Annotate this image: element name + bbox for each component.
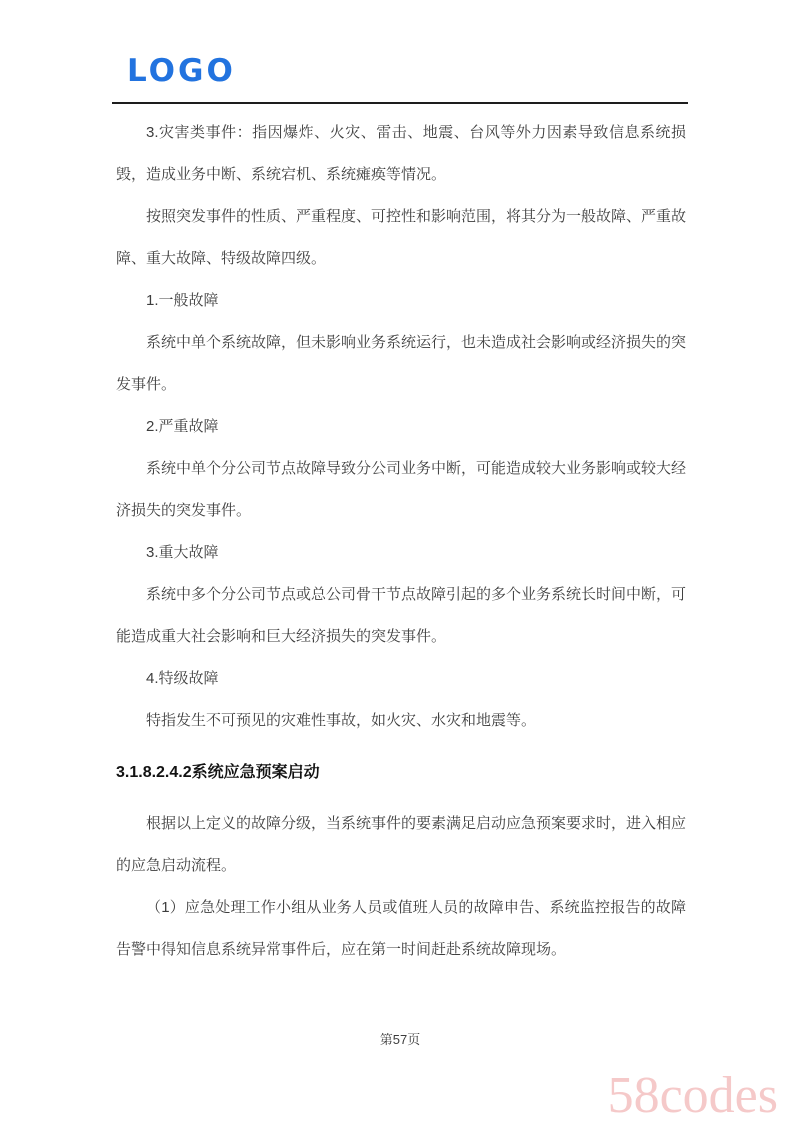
paragraph: 3.灾害类事件：指因爆炸、火灾、雷击、地震、台风等外力因素导致信息系统损毁，造成… — [116, 112, 686, 196]
paragraph: 3.重大故障 — [116, 532, 686, 574]
paragraph: 根据以上定义的故障分级，当系统事件的要素满足启动应急预案要求时，进入相应的应急启… — [116, 803, 686, 887]
watermark: 58codes — [608, 1070, 778, 1122]
paragraph: （1）应急处理工作小组从业务人员或值班人员的故障申告、系统监控报告的故障告警中得… — [116, 887, 686, 971]
paragraph: 系统中单个系统故障，但未影响业务系统运行，也未造成社会影响或经济损失的突发事件。 — [116, 322, 686, 406]
document-page: LOGO 3.灾害类事件：指因爆炸、火灾、雷击、地震、台风等外力因素导致信息系统… — [0, 0, 800, 1132]
page-number: 第57页 — [0, 1029, 800, 1048]
paragraph: 4.特级故障 — [116, 658, 686, 700]
section-heading: 3.1.8.2.4.2系统应急预案启动 — [116, 752, 686, 794]
paragraph: 系统中多个分公司节点或总公司骨干节点故障引起的多个业务系统长时间中断，可能造成重… — [116, 574, 686, 658]
paragraph: 系统中单个分公司节点故障导致分公司业务中断，可能造成较大业务影响或较大经济损失的… — [116, 448, 686, 532]
paragraph: 2.严重故障 — [116, 406, 686, 448]
company-logo: LOGO — [127, 56, 236, 87]
document-body: 3.灾害类事件：指因爆炸、火灾、雷击、地震、台风等外力因素导致信息系统损毁，造成… — [116, 112, 686, 971]
paragraph: 按照突发事件的性质、严重程度、可控性和影响范围，将其分为一般故障、严重故障、重大… — [116, 196, 686, 280]
paragraph: 特指发生不可预见的灾难性事故，如火灾、水灾和地震等。 — [116, 700, 686, 742]
header-divider — [112, 102, 688, 104]
paragraph: 1.一般故障 — [116, 280, 686, 322]
